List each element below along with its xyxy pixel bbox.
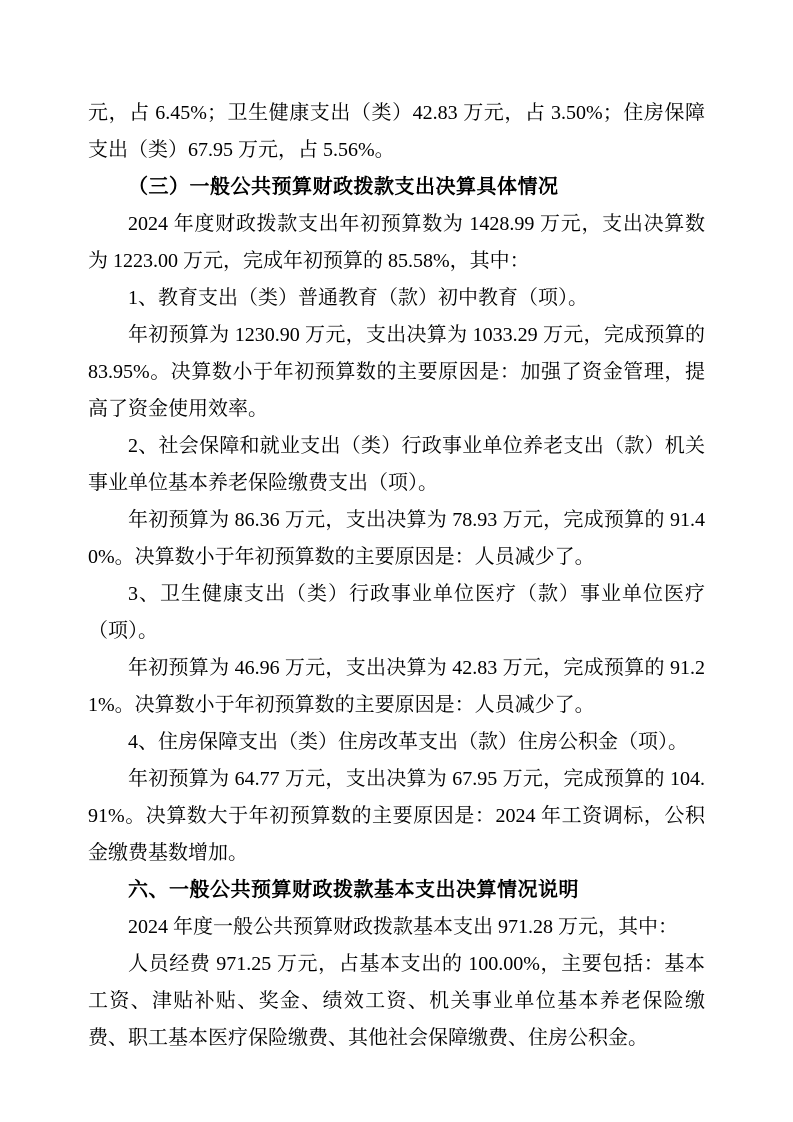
para-item-2-social-security-budget-detail: 年初预算为 86.36 万元，支出决算为 78.93 万元，完成预算的 91.4… (88, 502, 705, 576)
heading-section-3-expenditure-detail: （三）一般公共预算财政拨款支出决算具体情况 (88, 169, 705, 206)
para-item-4-housing-title: 4、住房保障支出（类）住房改革支出（款）住房公积金（项）。 (88, 724, 705, 761)
para-continuation-health-housing-shares: 元，占 6.45%；卫生健康支出（类）42.83 万元，占 3.50%；住房保障… (88, 95, 705, 169)
para-personnel-expense-detail: 人员经费 971.25 万元，占基本支出的 100.00%，主要包括：基本工资、… (88, 946, 705, 1057)
para-item-3-health-title: 3、卫生健康支出（类）行政事业单位医疗（款）事业单位医疗（项）。 (88, 576, 705, 650)
para-item-1-education-title: 1、教育支出（类）普通教育（款）初中教育（项）。 (88, 280, 705, 317)
heading-section-6-basic-expenditure: 六、一般公共预算财政拨款基本支出决算情况说明 (88, 872, 705, 909)
para-item-2-social-security-title: 2、社会保障和就业支出（类）行政事业单位养老支出（款）机关事业单位基本养老保险缴… (88, 428, 705, 502)
para-item-3-health-budget-detail: 年初预算为 46.96 万元，支出决算为 42.83 万元，完成预算的 91.2… (88, 650, 705, 724)
document-page: 元，占 6.45%；卫生健康支出（类）42.83 万元，占 3.50%；住房保障… (0, 0, 793, 1122)
para-item-1-education-budget-detail: 年初预算为 1230.90 万元，支出决算为 1033.29 万元，完成预算的 … (88, 317, 705, 428)
para-2024-basic-expenditure-summary: 2024 年度一般公共预算财政拨款基本支出 971.28 万元，其中： (88, 909, 705, 946)
para-2024-expenditure-summary: 2024 年度财政拨款支出年初预算数为 1428.99 万元，支出决算数为 12… (88, 206, 705, 280)
document-body: 元，占 6.45%；卫生健康支出（类）42.83 万元，占 3.50%；住房保障… (88, 95, 705, 1057)
para-item-4-housing-budget-detail: 年初预算为 64.77 万元，支出决算为 67.95 万元，完成预算的 104.… (88, 761, 705, 872)
